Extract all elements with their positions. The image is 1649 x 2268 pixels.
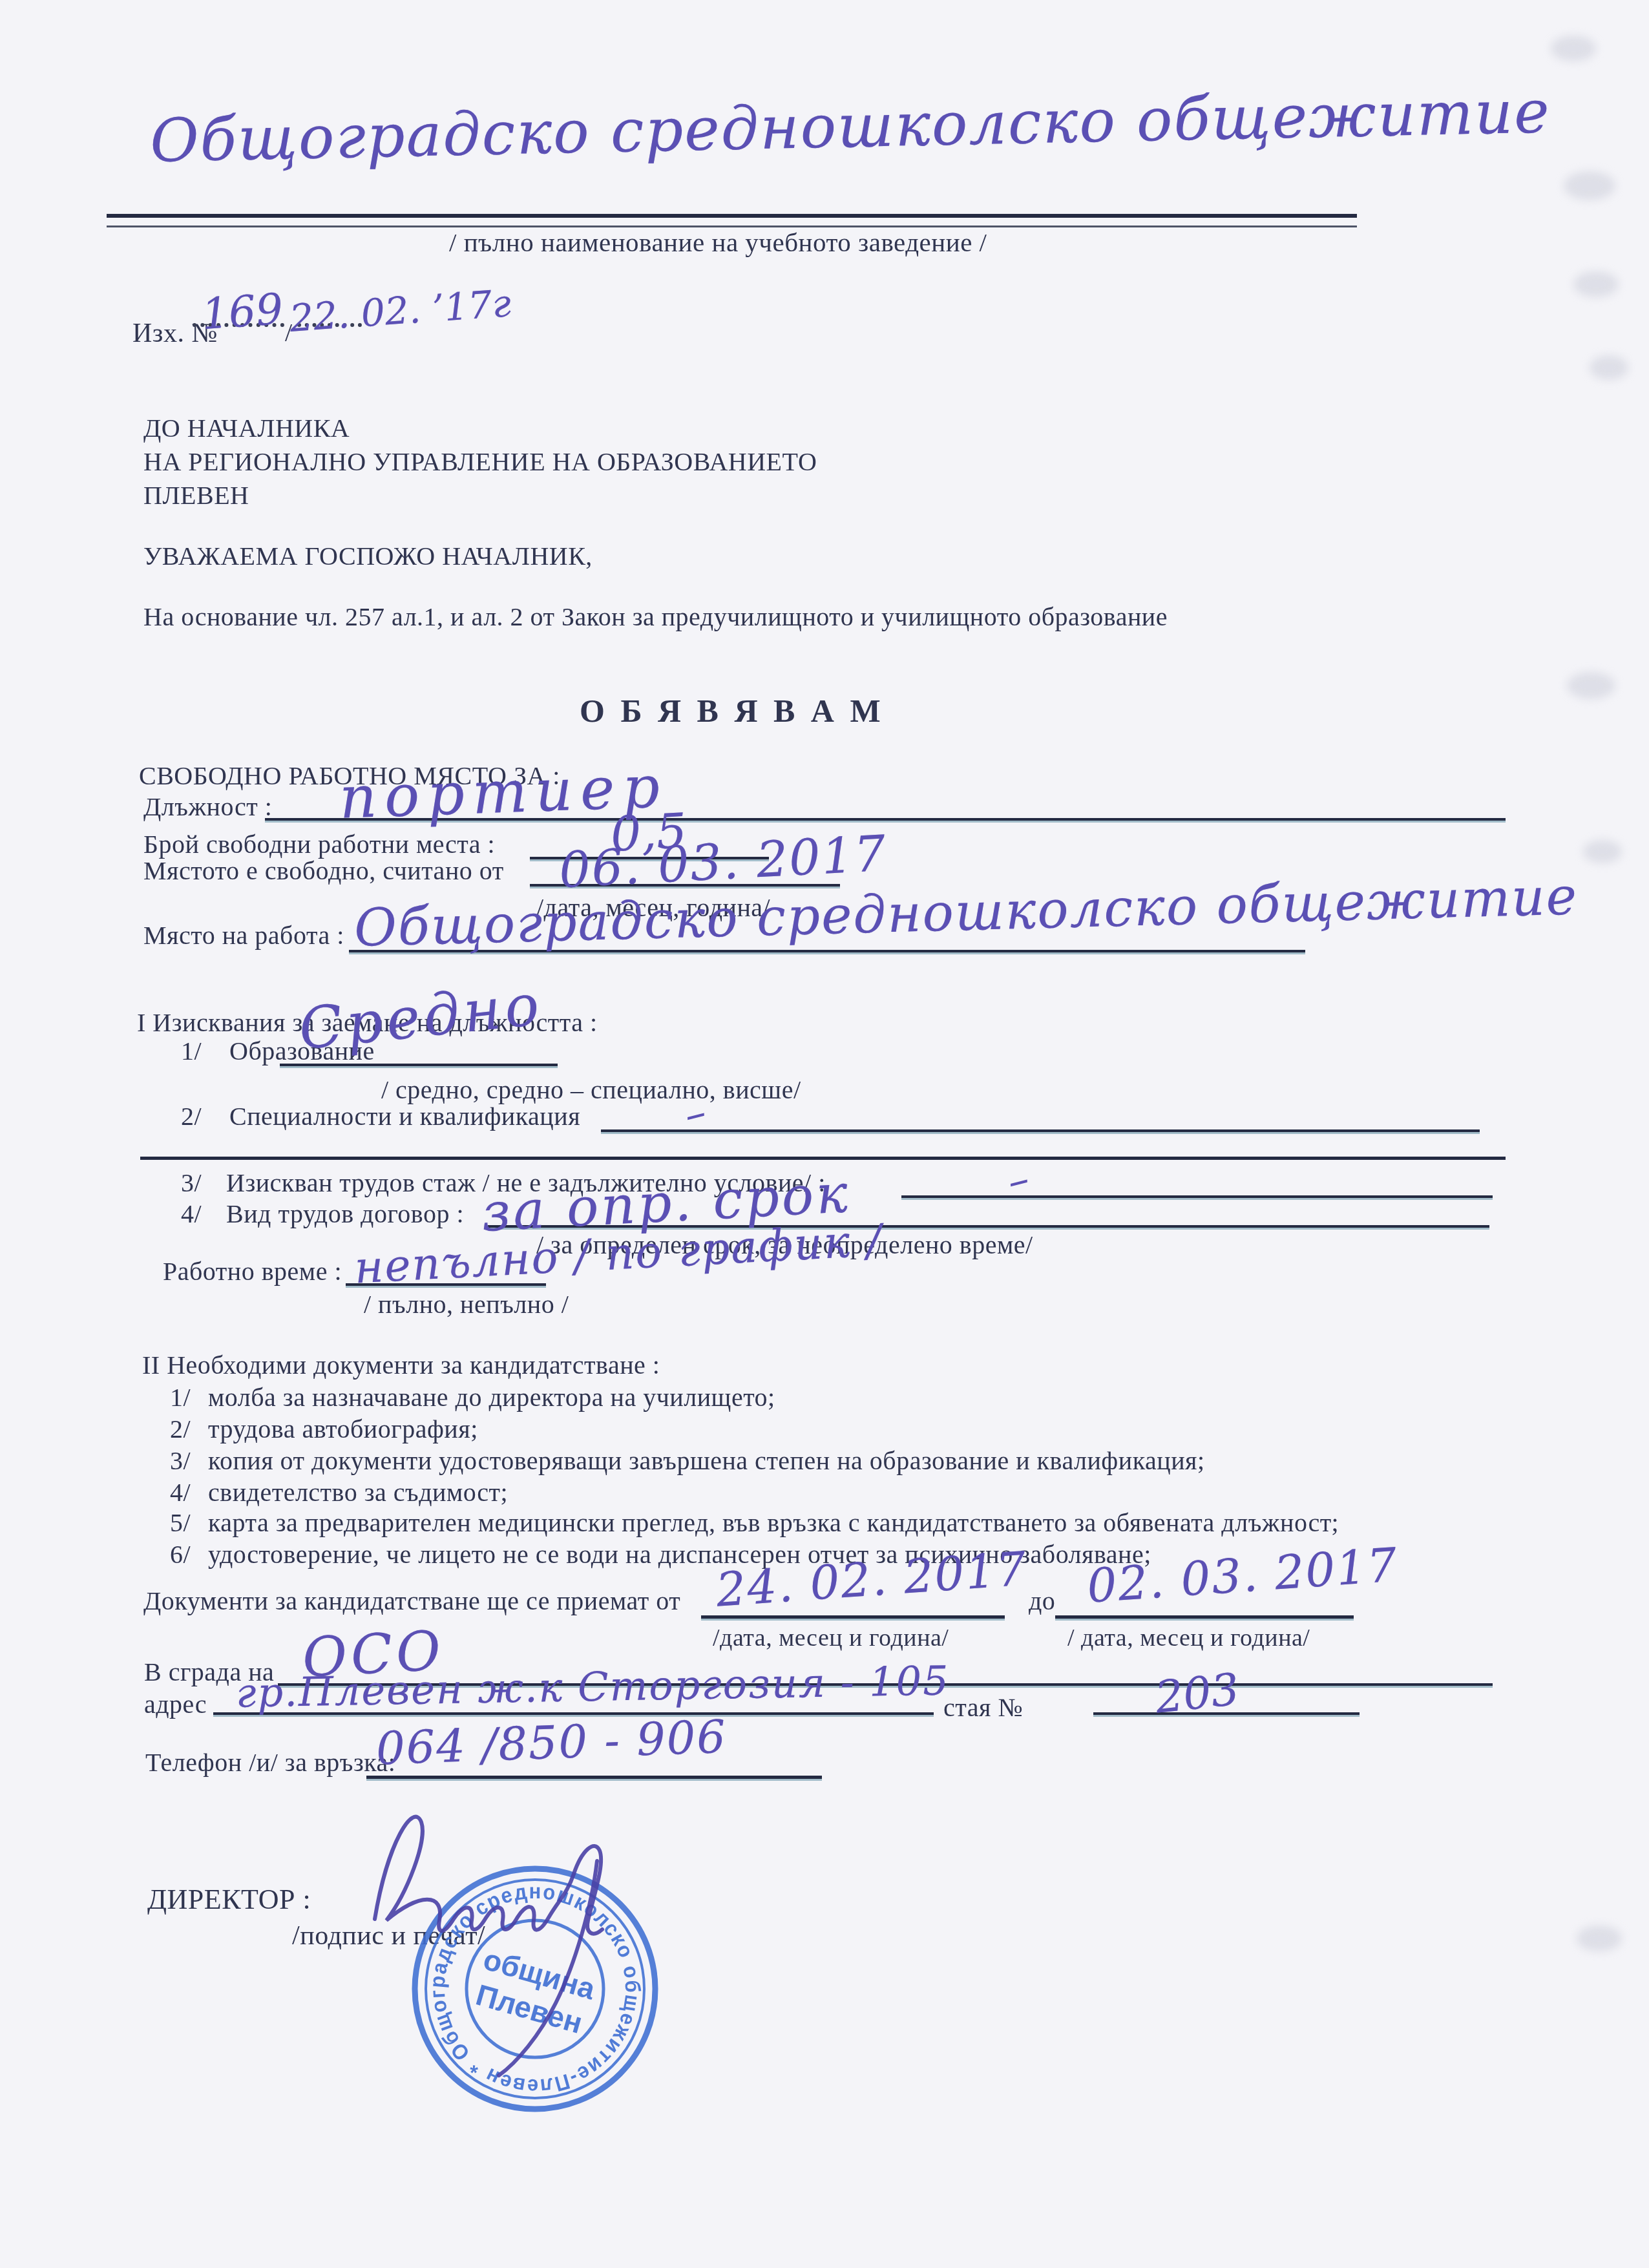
doc-item-3-text: копия от документи удостоверяващи завърш…	[208, 1446, 1205, 1476]
doc-item-3-num: 3/	[170, 1446, 191, 1476]
submission-to-label: до	[1029, 1586, 1055, 1616]
school-name-handwriting: Общоградско средношколско общежитие	[149, 82, 1551, 171]
submission-from-caption: /дата, месец и година/	[713, 1624, 949, 1653]
experience-underline	[901, 1195, 1493, 1198]
doc-item-1-text: молба за назначаване до директора на учи…	[208, 1383, 775, 1412]
salutation: УВАЖАЕМА ГОСПОЖО НАЧАЛНИК,	[143, 541, 593, 571]
workplace-handwriting: Общоградско средношколско общежитие	[353, 870, 1579, 954]
doc-item-2-text: трудова автобиография;	[208, 1414, 478, 1444]
position-label: Длъжност :	[143, 792, 272, 822]
signature-ink	[310, 1783, 711, 2087]
room-handwriting: 203	[1153, 1668, 1241, 1720]
work-time-label: Работно време :	[163, 1257, 342, 1286]
doc-item-2-num: 2/	[170, 1414, 191, 1444]
school-name-caption: / пълно наименование на учебното заведен…	[449, 227, 987, 258]
contract-item-num: 4/	[181, 1199, 202, 1229]
education-underline	[280, 1064, 558, 1066]
workplace-label: Място на работа :	[143, 921, 344, 950]
doc-item-6-num: 6/	[170, 1540, 191, 1570]
submission-from-underline	[701, 1615, 1005, 1619]
experience-item-num: 3/	[181, 1168, 202, 1198]
address-handwriting: гр.Плевен ж.к Сторгозия - 105	[236, 1661, 951, 1713]
doc-item-5-text: карта за предварителен медицински прегле…	[208, 1508, 1339, 1538]
qualification-item-label: Специалности и квалификация	[229, 1102, 580, 1131]
available-from-label: Мястото е свободно, считано от	[143, 856, 504, 886]
doc-item-5-num: 5/	[170, 1508, 191, 1538]
director-label: ДИРЕКТОР :	[147, 1884, 311, 1916]
room-label: стая №	[943, 1693, 1023, 1723]
addressee-line2: НА РЕГИОНАЛНО УПРАВЛЕНИЕ НА ОБРАЗОВАНИЕТ…	[143, 447, 817, 477]
qualification-underline	[601, 1129, 1480, 1132]
work-time-handwriting: непълно / по график /	[353, 1219, 884, 1291]
vacancy-count-label: Брой свободни работни места :	[143, 830, 495, 859]
announce-heading: О Б Я В Я В А М	[580, 693, 885, 730]
education-item-num: 1/	[181, 1036, 202, 1066]
address-label: адрес	[144, 1690, 207, 1719]
scanned-document-page: Общоградско средношколско общежитие / пъ…	[0, 0, 1649, 2268]
education-handwriting: Средно	[296, 976, 545, 1058]
phone-handwriting: 064 /850 - 906	[375, 1714, 728, 1772]
full-width-rule	[140, 1157, 1506, 1160]
contract-item-label: Вид трудов договор :	[226, 1199, 464, 1229]
qualification-item-num: 2/	[181, 1102, 202, 1131]
submission-to-caption: / дата, месец и година/	[1067, 1624, 1310, 1653]
doc-item-4-text: свидетелство за съдимост;	[208, 1478, 508, 1507]
documents-heading: II Необходими документи за кандидатстван…	[142, 1350, 660, 1380]
title-underline	[107, 214, 1357, 218]
work-time-caption: / пълно, непълно /	[364, 1290, 569, 1319]
legal-basis: На основание чл. 257 ал.1, и ал. 2 от За…	[143, 602, 1168, 632]
addressee-line1: ДО НАЧАЛНИКА	[143, 414, 350, 443]
education-caption: / средно, средно – специално, висше/	[381, 1075, 801, 1105]
ref-date-handwriting: 22. 02. ’17г	[288, 284, 512, 337]
doc-item-4-num: 4/	[170, 1478, 191, 1507]
ref-number-handwriting: 169	[200, 288, 284, 337]
phone-underline	[366, 1776, 822, 1779]
submission-to-underline	[1055, 1615, 1354, 1619]
phone-label: Телефон /и/ за връзка:	[145, 1748, 395, 1778]
doc-item-1-num: 1/	[170, 1383, 191, 1412]
submission-label: Документи за кандидатстване ще се приема…	[143, 1586, 680, 1616]
addressee-line3: ПЛЕВЕН	[143, 481, 249, 510]
